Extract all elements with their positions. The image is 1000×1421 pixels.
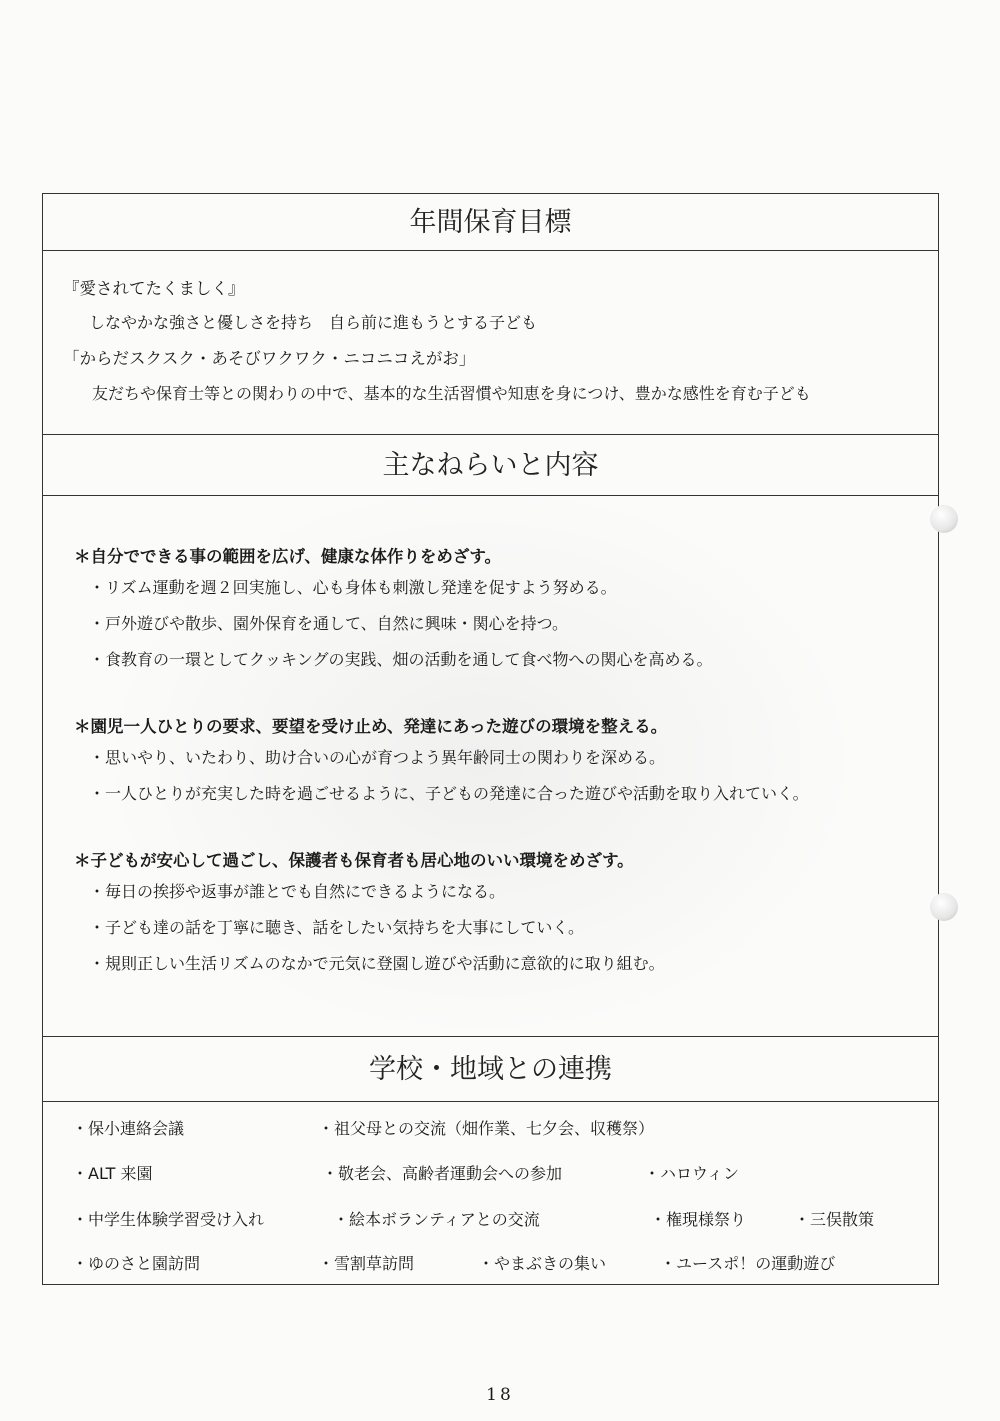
aims-title: 主なねらいと内容	[42, 440, 939, 492]
aim-item: ・毎日の挨拶や返事が誰とでも自然にできるようになる。	[89, 879, 505, 902]
community-item: ・やまぶきの集い	[478, 1251, 606, 1274]
divider	[42, 1101, 939, 1102]
divider	[42, 495, 939, 496]
aim-item: ・思いやり、いたわり、助け合いの心が育つよう異年齢同士の関わりを深める。	[89, 745, 665, 768]
aim-item: ・戸外遊びや散歩、園外保育を通して、自然に興味・関心を持つ。	[89, 611, 568, 634]
community-item: ・保小連絡会議	[72, 1116, 184, 1139]
aim-heading-2: ＊園児一人ひとりの要求、要望を受け止め、発達にあった遊びの環境を整える。	[74, 713, 667, 737]
goal-description-1: しなやかな強さと優しさを持ち 自ら前に進もうとする子ども	[89, 310, 537, 333]
aim-item: ・リズム運動を週２回実施し、心も身体も刺激し発達を促すよう努める。	[89, 575, 617, 598]
community-item: ・ALT 来園	[72, 1161, 153, 1184]
divider	[42, 250, 939, 251]
community-item: ・ハロウィン	[644, 1161, 739, 1184]
aim-item: ・一人ひとりが充実した時を過ごせるように、子どもの発達に合った遊びや活動を取り入…	[89, 781, 809, 804]
goal-slogan-1: 『愛されてたくましく』	[63, 275, 245, 299]
goal-slogan-2: 「からだスクスク・あそびワクワク・ニコニコえがお」	[63, 345, 475, 369]
community-title: 学校・地域との連携	[42, 1042, 939, 1098]
annual-goal-title: 年間保育目標	[42, 198, 939, 248]
page-number: 18	[0, 1385, 1000, 1405]
community-item: ・三俣散策	[794, 1207, 874, 1230]
binder-hole	[930, 505, 958, 533]
community-item: ・権現様祭り	[650, 1207, 746, 1230]
community-item: ・ユースポ！の運動遊び	[660, 1251, 835, 1274]
aim-item: ・食教育の一環としてクッキングの実践、畑の活動を通して食べ物への関心を高める。	[89, 647, 713, 670]
goal-description-2: 友だちや保育士等との関わりの中で、基本的な生活習慣や知恵を身につけ、豊かな感性を…	[92, 381, 811, 404]
community-item: ・ゆのさと園訪問	[72, 1251, 200, 1274]
divider	[42, 1036, 939, 1037]
community-item: ・祖父母との交流（畑作業、七夕会、収穫祭）	[318, 1116, 654, 1139]
community-item: ・中学生体験学習受け入れ	[72, 1207, 264, 1230]
community-item: ・敬老会、高齢者運動会への参加	[322, 1161, 562, 1184]
binder-hole	[930, 893, 958, 921]
aim-item: ・子ども達の話を丁寧に聴き、話をしたい気持ちを大事にしていく。	[89, 915, 584, 938]
aim-heading-1: ＊自分でできる事の範囲を広げ、健康な体作りをめざす。	[74, 543, 501, 567]
aim-item: ・規則正しい生活リズムのなかで元気に登園し遊びや活動に意欲的に取り組む。	[89, 951, 665, 974]
aim-heading-3: ＊子どもが安心して過ごし、保護者も保育者も居心地のいい環境をめざす。	[74, 847, 634, 871]
community-item: ・絵本ボランティアとの交流	[333, 1207, 540, 1230]
community-item: ・雪割草訪問	[318, 1251, 414, 1274]
divider	[42, 434, 939, 435]
